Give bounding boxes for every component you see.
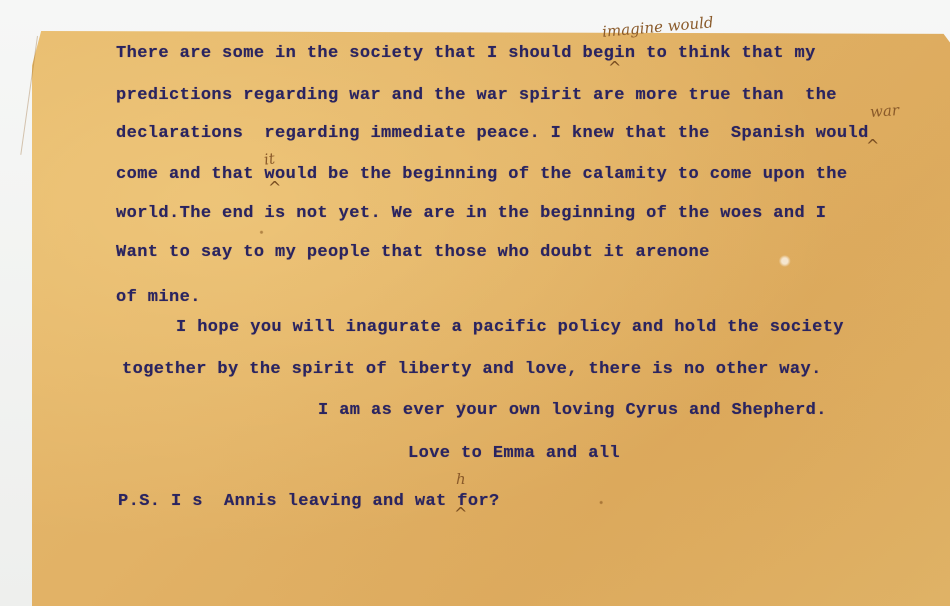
letter-line-6: Want to say to my people that those who …	[116, 243, 710, 262]
insertion-caret-icon: ^	[268, 178, 281, 197]
insertion-caret-icon: ^	[454, 504, 467, 523]
handwritten-annotation-war: war	[869, 101, 899, 121]
insertion-caret-icon: ^	[866, 136, 879, 155]
letter-line-8: I hope you will inagurate a pacific poli…	[176, 318, 844, 337]
letter-line-2: predictions regarding war and the war sp…	[116, 86, 837, 105]
letter-line-5: world.The end is not yet. We are in the …	[116, 204, 826, 223]
handwritten-annotation-h: h	[456, 470, 466, 488]
letter-line-4: come and that would be the beginning of …	[116, 165, 848, 184]
handwritten-annotation-it: it	[263, 149, 276, 168]
letter-line-7: of mine.	[116, 288, 201, 307]
letter-line-1: There are some in the society that I sho…	[116, 44, 816, 63]
letter-line-3: declarations regarding immediate peace. …	[116, 124, 869, 143]
closing-line: I am as ever your own loving Cyrus and S…	[318, 401, 827, 420]
insertion-caret-icon: ^	[608, 58, 621, 77]
postscript-line: P.S. I s Annis leaving and wat for?	[118, 492, 500, 511]
love-line: Love to Emma and all	[408, 444, 620, 463]
letter-line-9: together by the spirit of liberty and lo…	[122, 360, 822, 379]
